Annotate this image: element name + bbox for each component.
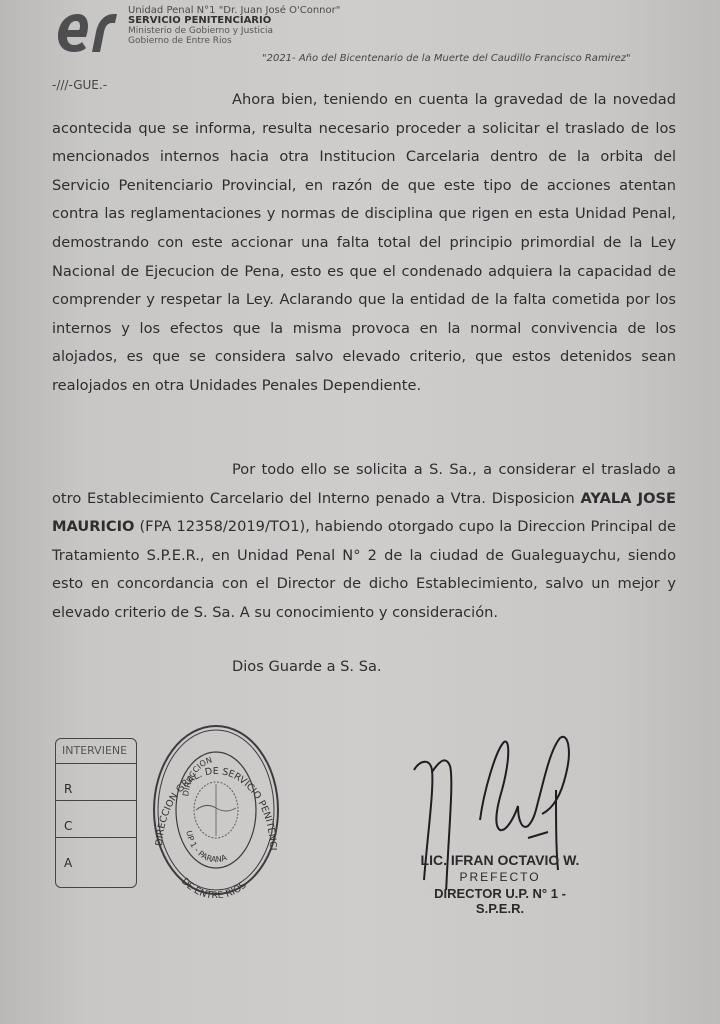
letterhead-text: Unidad Penal N°1 "Dr. Juan José O'Connor…: [128, 6, 448, 46]
year-motto: "2021- Año del Bicentenario de la Muerte…: [262, 53, 631, 64]
svg-text:DIRECCION GRAL. DE SERVICIO PE: DIRECCION GRAL. DE SERVICIO PENITENCIARI…: [150, 722, 278, 851]
signer-rank: PREFECTO: [416, 870, 584, 884]
closing-salutation: Dios Guarde a S. Sa.: [232, 658, 382, 675]
official-seal-icon: DIRECCION GRAL. DE SERVICIO PENITENCIARI…: [150, 722, 282, 898]
body-paragraph-1: Ahora bien, teniendo en cuenta la graved…: [52, 86, 676, 401]
body-paragraph-2: Por todo ello se solicita a S. Sa., a co…: [52, 456, 676, 628]
ministry-name: Ministerio de Gobierno y Justicia: [128, 26, 448, 36]
intervene-row-c: C: [56, 801, 136, 838]
service-name: SERVICIO PENITENCIARIO: [128, 16, 448, 26]
intervene-stamp-box: INTERVIENE R C A: [55, 738, 137, 888]
svg-text:DE ENTRE RIOS: DE ENTRE RIOS: [179, 876, 249, 898]
intervene-row-a: A: [56, 838, 136, 874]
signer-name: LIC. IFRAN OCTAVIO W.: [416, 852, 584, 868]
government-name: Gobierno de Entre Rios: [128, 36, 448, 46]
document-page: Unidad Penal N°1 "Dr. Juan José O'Connor…: [0, 0, 720, 1024]
signer-title: DIRECTOR U.P. N° 1 - S.P.E.R.: [416, 886, 584, 916]
er-logo-icon: [56, 8, 118, 54]
intervene-row-r: R: [56, 764, 136, 801]
intervene-title: INTERVIENE: [56, 739, 136, 764]
signature-block: LIC. IFRAN OCTAVIO W. PREFECTO DIRECTOR …: [416, 852, 584, 916]
